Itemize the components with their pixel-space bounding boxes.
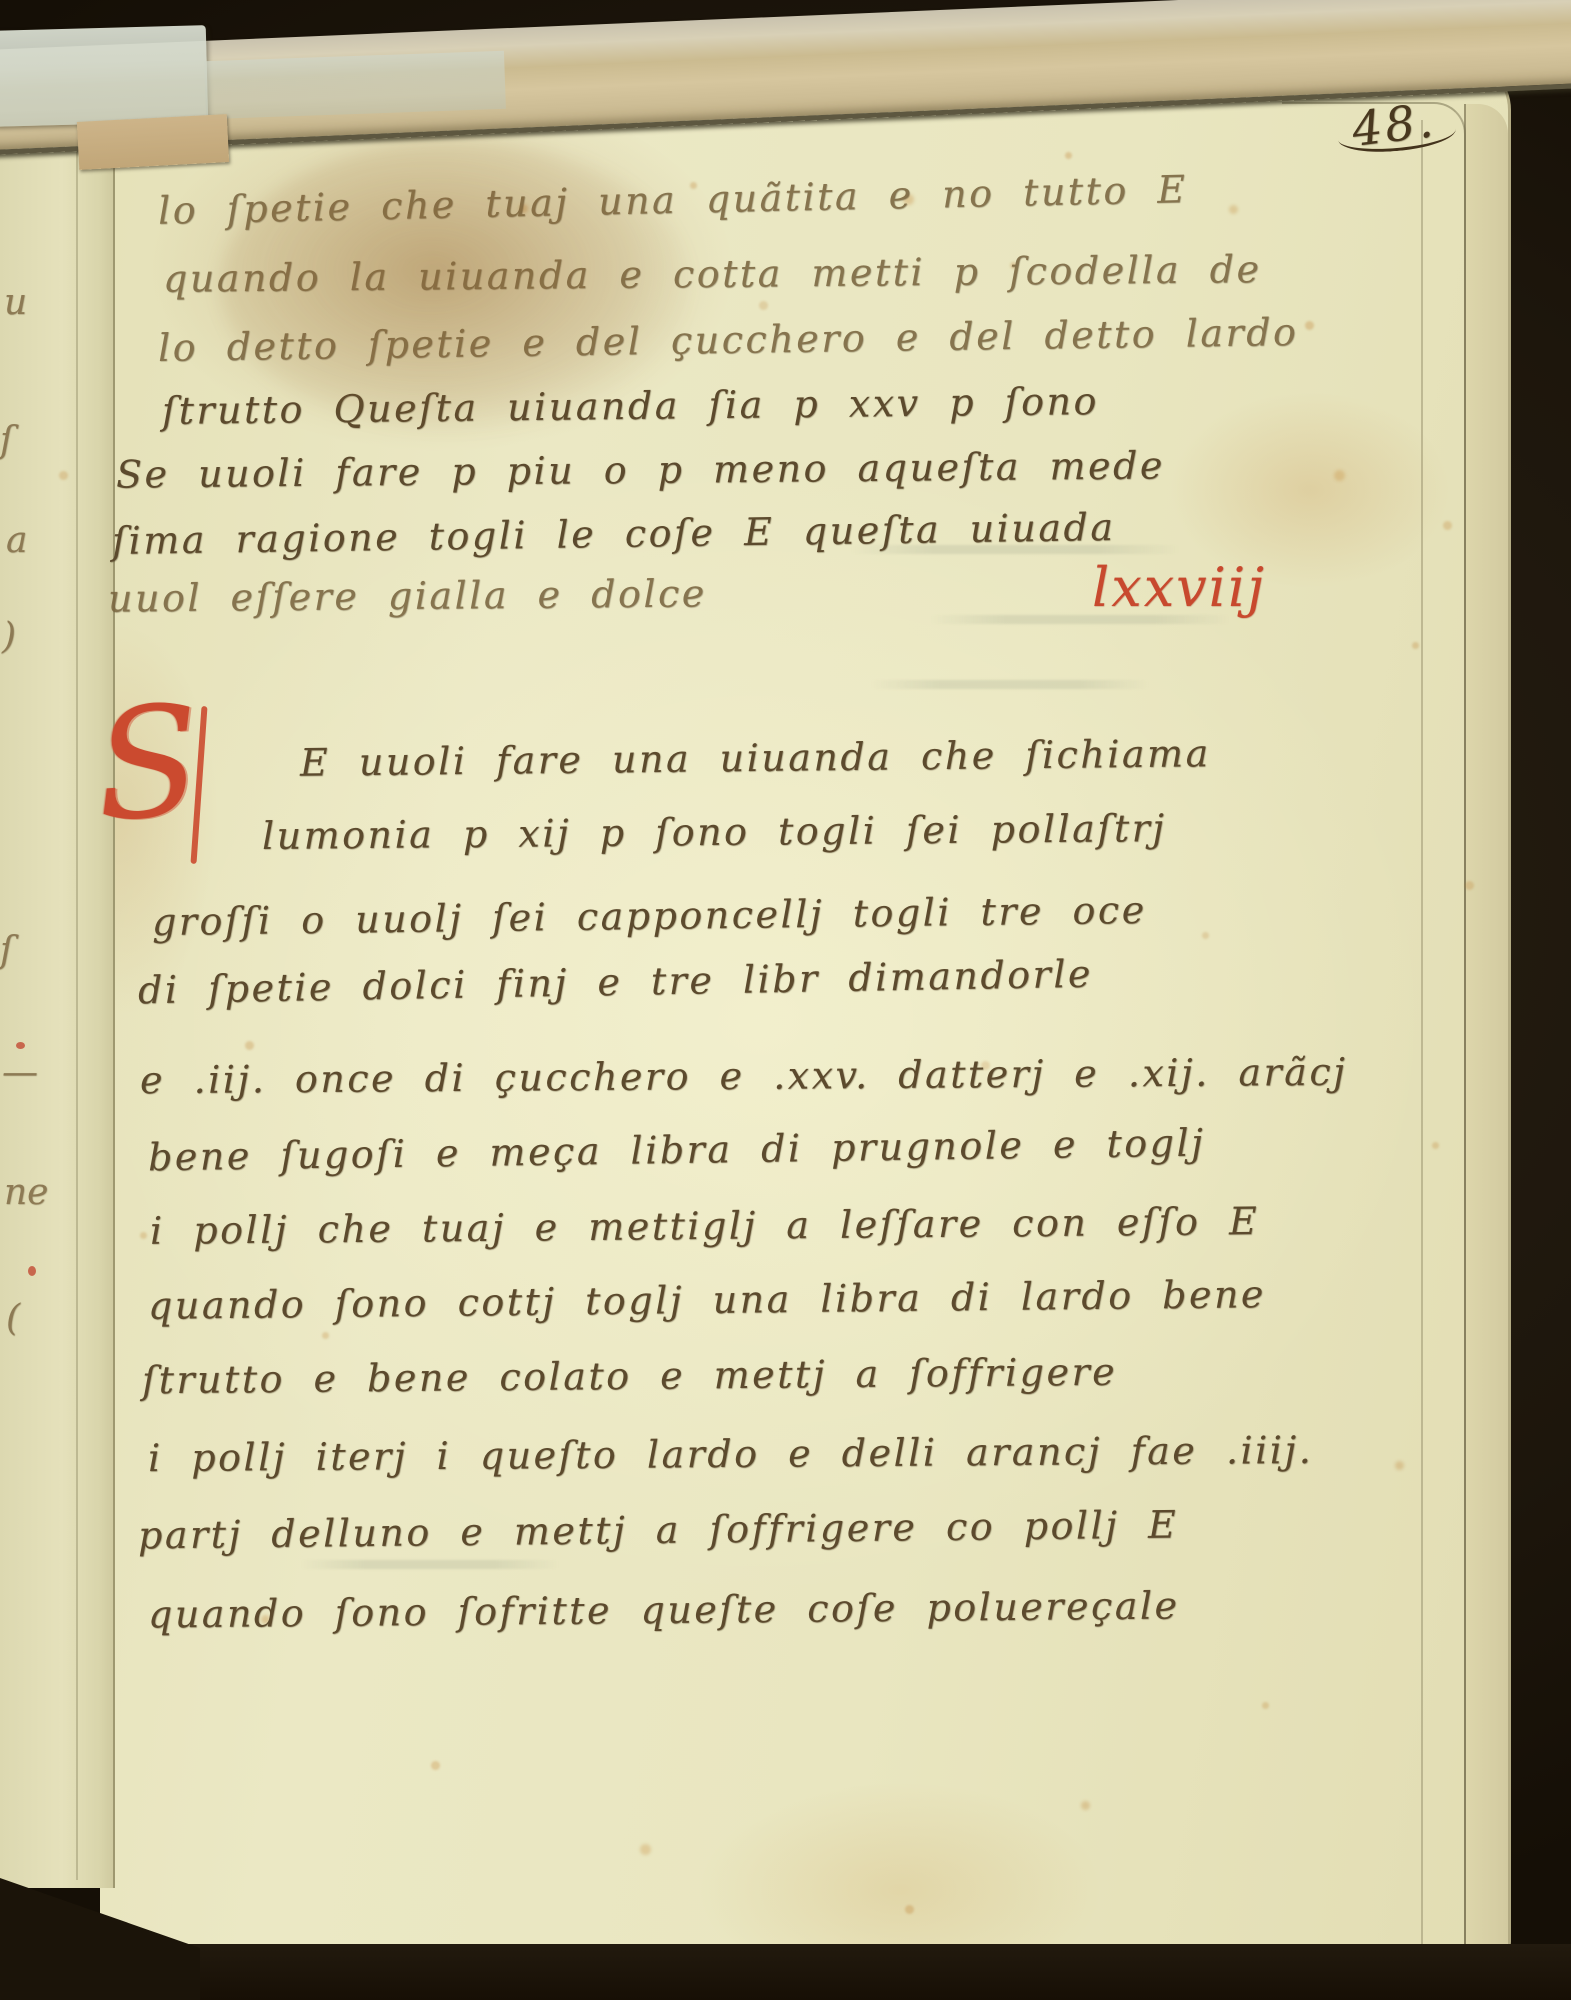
manuscript-line: e .iij. once di çucchero e .xxv. datterj… xyxy=(140,1050,1348,1102)
cut-text-fragment: ( xyxy=(6,1298,20,1339)
manuscript-line: quando ſono ſofritte queſte coſe poluere… xyxy=(148,1583,1180,1636)
manuscript-photo: u ſ a ) ſ — ne ( 48. lxxviij S lo ſpetie… xyxy=(0,0,1571,2000)
margin-ruling-line xyxy=(1421,120,1423,1948)
facing-page-edge xyxy=(0,120,115,1888)
repair-tape-patch xyxy=(204,51,506,119)
manuscript-line: i pollj iterj i queſto lardo e delli ara… xyxy=(148,1428,1314,1480)
facing-page-fold-line xyxy=(76,140,78,1880)
red-ink-speck xyxy=(16,1042,25,1049)
cut-text-fragment: ne xyxy=(4,1172,49,1213)
cut-text-fragment: ) xyxy=(2,616,16,657)
red-ink-speck xyxy=(28,1266,36,1276)
cut-text-fragment: a xyxy=(6,520,27,561)
backdrop-bottom xyxy=(0,1944,1571,2000)
manuscript-line: ſtrutto e bene colato e mettj a ſoffrige… xyxy=(142,1350,1118,1403)
cut-text-fragment: ſ xyxy=(0,930,13,971)
repair-tape-patch xyxy=(0,25,208,127)
underlying-page-edge xyxy=(1464,104,1508,1948)
page-corner-fragment xyxy=(77,114,229,170)
ink-bleed-through xyxy=(300,1560,560,1569)
cut-text-fragment: u xyxy=(4,282,27,323)
manuscript-line: Se uuoli fare p piu o p meno aqueſta med… xyxy=(116,443,1165,496)
manuscript-line: uuol eſſere gialla e dolce xyxy=(108,571,707,620)
decorated-initial: S xyxy=(91,685,205,844)
cut-text-fragment: — xyxy=(2,1052,38,1093)
manuscript-line: lumonia p xij p ſono togli ſei pollaſtrj xyxy=(262,806,1167,858)
foxing-spots xyxy=(0,0,7,7)
margin-ruling-frame xyxy=(1282,102,1466,1950)
ink-bleed-through xyxy=(870,680,1150,689)
chapter-number-rubric: lxxviij xyxy=(1092,556,1266,619)
cut-text-fragment: ſ xyxy=(0,420,13,461)
